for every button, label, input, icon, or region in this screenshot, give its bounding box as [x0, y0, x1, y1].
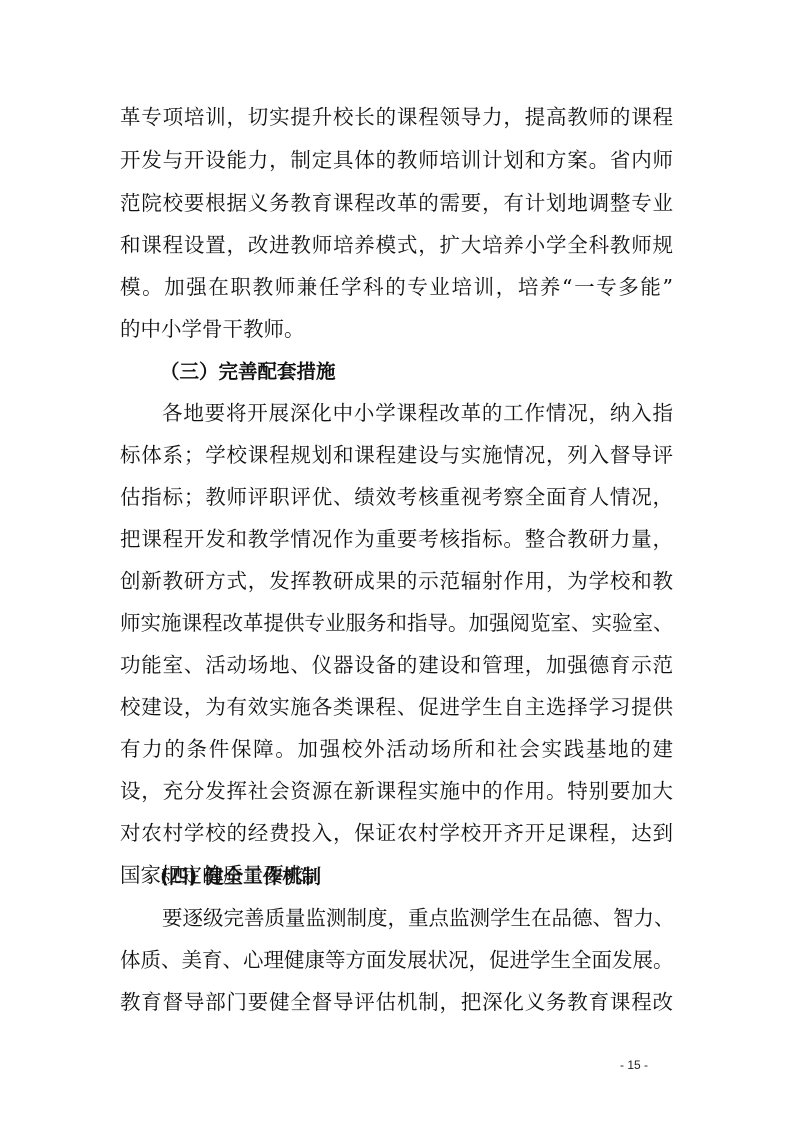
text-line: 设，充分发挥社会资源在新课程实施中的作用。特别要加大 [120, 776, 673, 806]
text-line: 范院校要根据义务教育课程改革的需要，有计划地调整专业 [120, 188, 673, 218]
text-line: 模。加强在职教师兼任学科的专业培训，培养“一专多能” [120, 272, 673, 302]
text-line: 和课程设置，改进教师培养模式，扩大培养小学全科教师规 [120, 230, 673, 260]
text-line: 估指标；教师评职评优、绩效考核重视考察全面育人情况， [120, 482, 673, 512]
document-page: 革专项培训，切实提升校长的课程领导力，提高教师的课程 开发与开设能力，制定具体的… [0, 0, 793, 1122]
text-line: 校建设，为有效实施各类课程、促进学生自主选择学习提供 [120, 692, 673, 722]
page-number: - 15 - [620, 1058, 648, 1072]
text-line: 创新教研方式，发挥教研成果的示范辐射作用，为学校和教 [120, 566, 673, 596]
section-heading-supporting-measures: （三）完善配套措施 [160, 357, 336, 387]
text-line: 各地要将开展深化中小学课程改革的工作情况，纳入指 [162, 398, 673, 428]
text-line: 功能室、活动场地、仪器设备的建设和管理，加强德育示范 [120, 650, 673, 680]
text-line: 有力的条件保障。加强校外活动场所和社会实践基地的建 [120, 734, 673, 764]
text-line: 标体系；学校课程规划和课程建设与实施情况，列入督导评 [120, 440, 673, 470]
text-line: 把课程开发和教学情况作为重要考核指标。整合教研力量， [120, 524, 673, 554]
text-line: 教育督导部门要健全督导评估机制，把深化义务教育课程改 [120, 987, 673, 1017]
text-line: 要逐级完善质量监测制度，重点监测学生在品德、智力、 [162, 903, 673, 933]
text-line: 师实施课程改革提供专业服务和指导。加强阅览室、实验室、 [120, 608, 673, 638]
text-line: 革专项培训，切实提升校长的课程领导力，提高教师的课程 [120, 102, 673, 132]
text-line: 对农村学校的经费投入，保证农村学校开齐开足课程，达到 [120, 818, 673, 848]
text-line: 体质、美育、心理健康等方面发展状况，促进学生全面发展。 [120, 945, 673, 975]
section-heading-work-mechanism: (四) 健全工作机制 [160, 862, 321, 892]
text-line: 开发与开设能力，制定具体的教师培训计划和方案。省内师 [120, 145, 673, 175]
text-line: 的中小学骨干教师。 [120, 314, 673, 344]
